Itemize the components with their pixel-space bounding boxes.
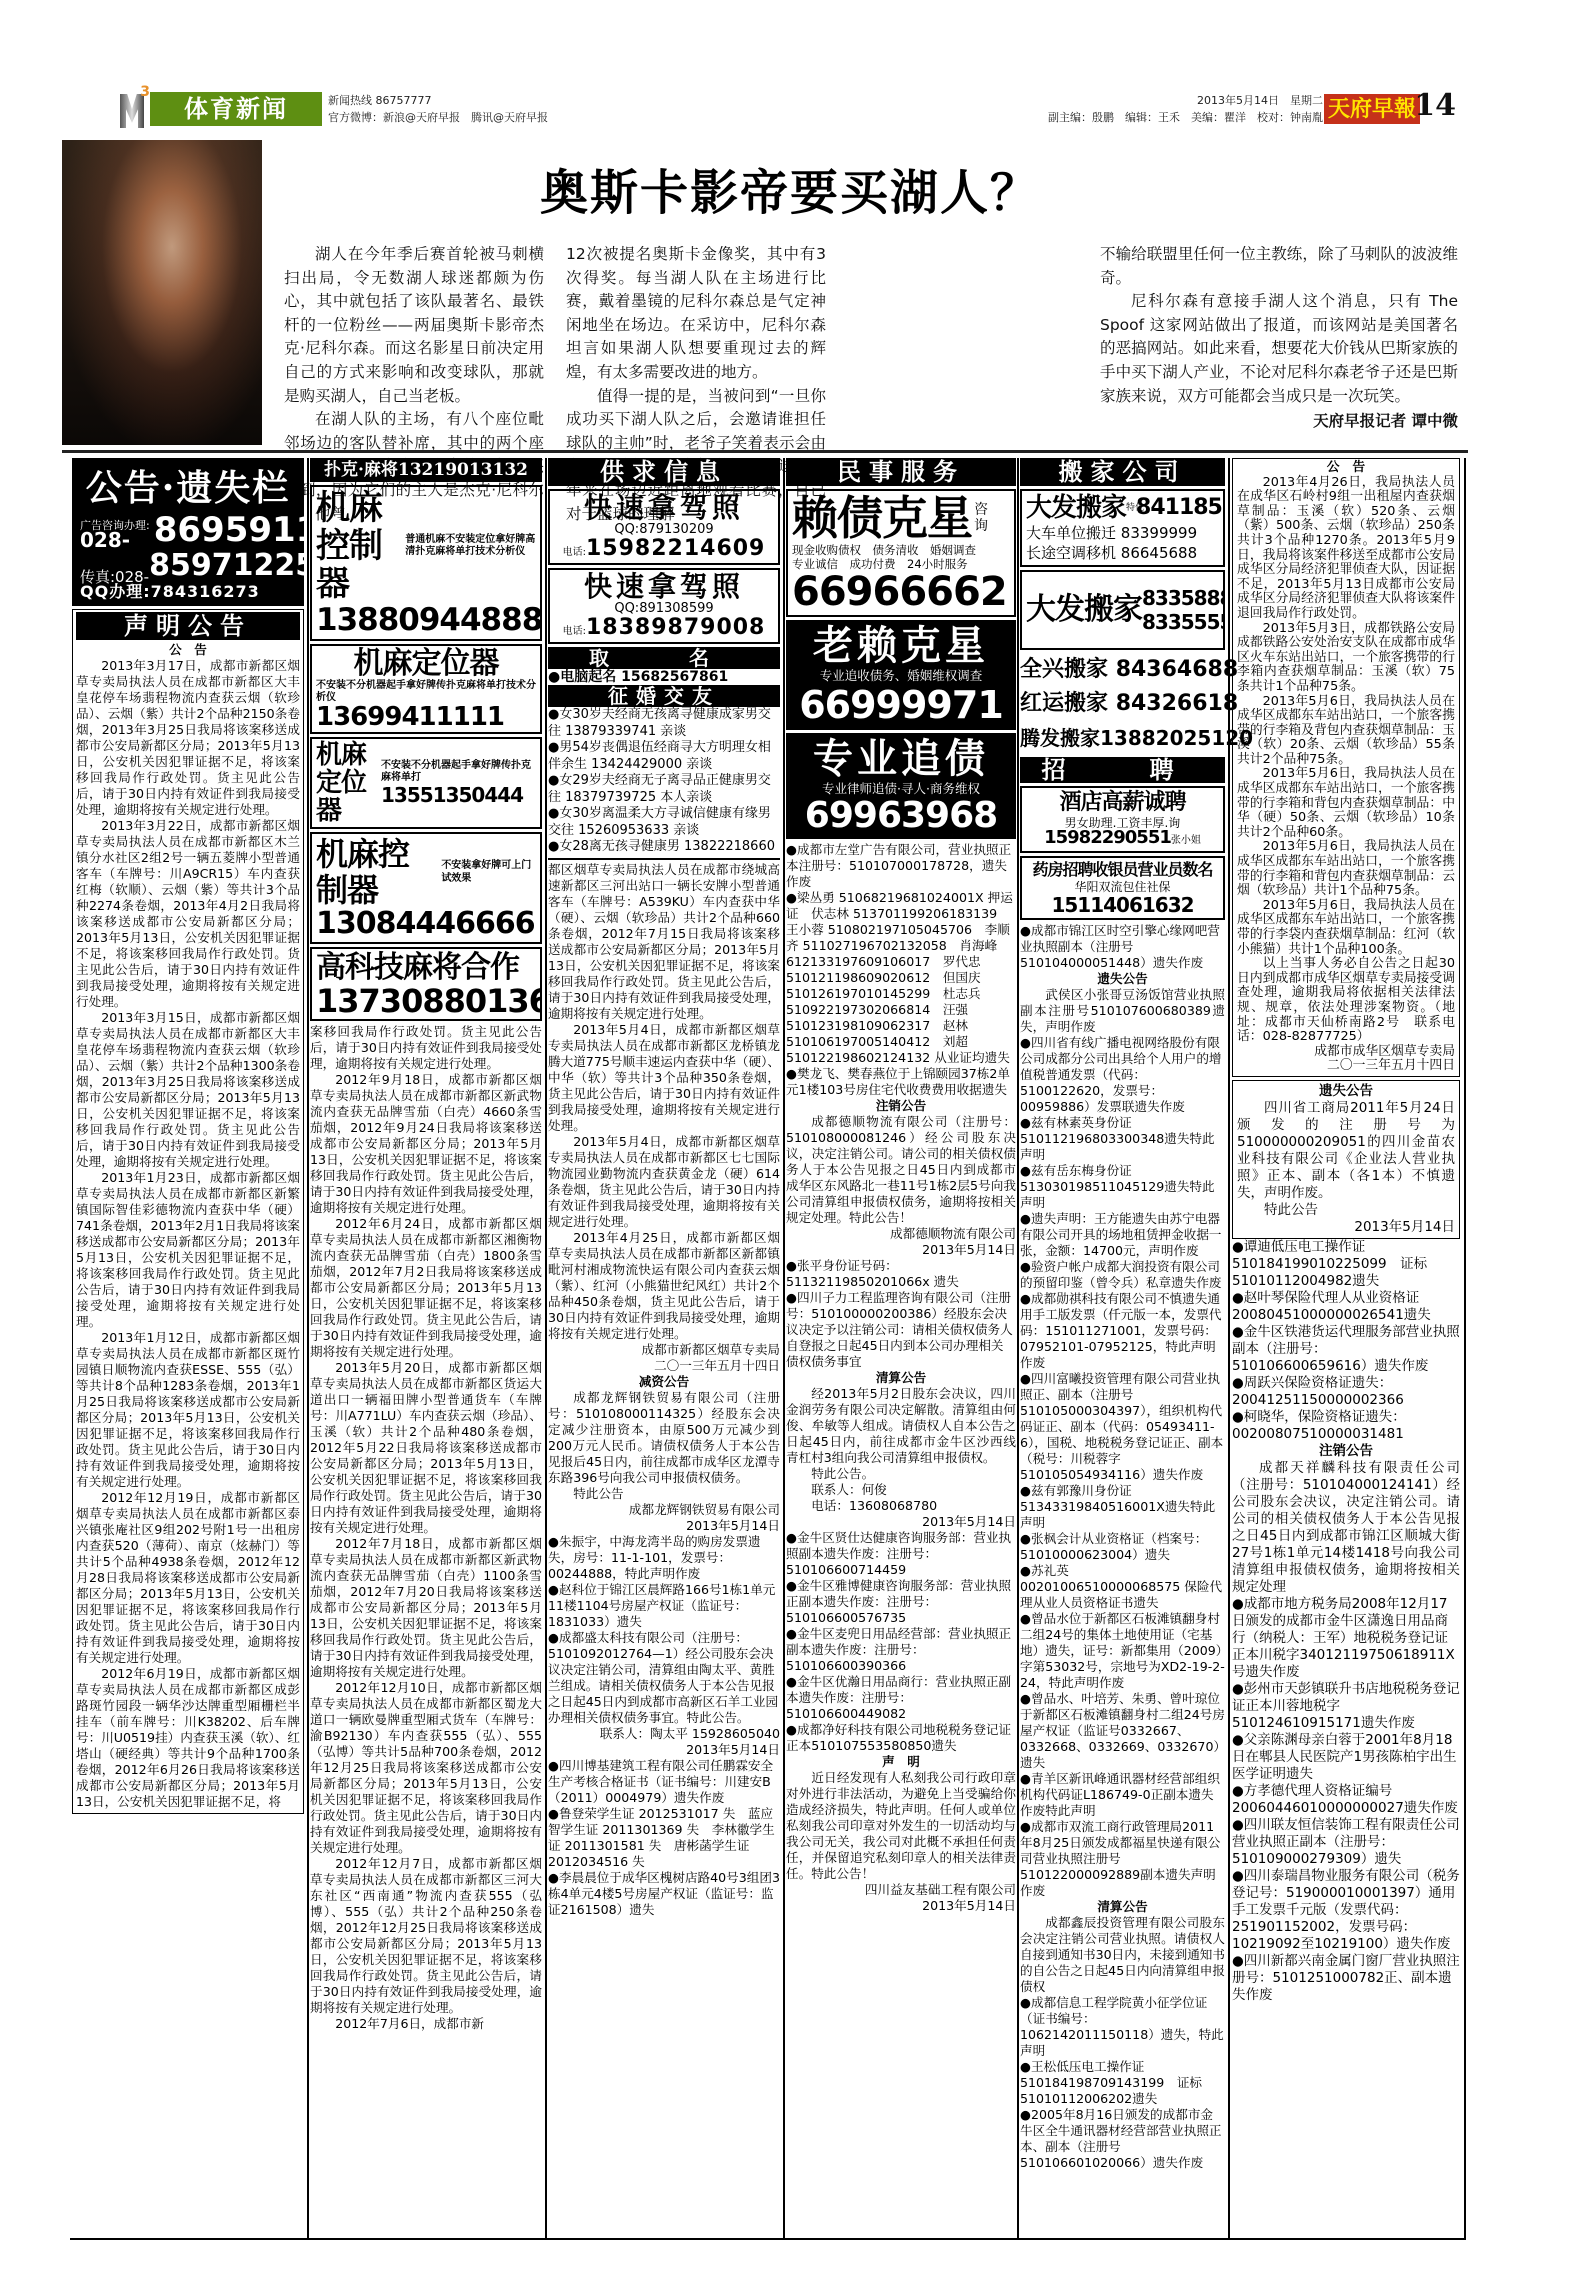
lost-item: 四川联友恒信装饰工程有限责任公司营业执照正副本（注册号：510109000279… xyxy=(1232,1817,1460,1868)
tobacco-notice-box: 公 告 2013年4月26日，我局执法人员在成华区石岭村9组一出租屋内查获烟草制… xyxy=(1232,458,1460,1077)
lost-item: 四川泰瑞昌物业服务有限公司（税务登记号：519000010001397）通用手工… xyxy=(1232,1868,1460,1953)
fax-number: 85971225 xyxy=(149,548,316,584)
dating-item: 男54岁丧偶退伍经商寻大方明理女相伴余生 13424429000 亲谈 xyxy=(548,740,780,773)
article-paragraph: 12次被提名奥斯卡金像奖，其中有3次得奖。每当湖人队在主场进行比赛，戴着墨镜的尼… xyxy=(566,243,826,385)
lost-item: 验资户帐户成都大润投资有限公司的预留印鉴（曾令兵）私章遗失作废 xyxy=(1020,1259,1225,1291)
notice-paragraph: 2013年3月17日，成都市新都区烟草专卖局执法人员在成都市新都区大丰皇花停车场… xyxy=(76,658,300,818)
notice-title: 遗失公告 xyxy=(1237,1083,1455,1100)
date-staff-info: 2013年5月14日 星期二 副主编：殷鹏 编辑：王禾 美编：瞿洋 校对：钟南胤 xyxy=(1048,92,1323,126)
classified-column-2: 扑克·麻将13219013132 机麻控制器 普通机麻不安装定位拿好牌高清扑克麻… xyxy=(310,458,542,2032)
notice-paragraph: 2012年7月18日，成都市新都区烟草专卖局执法人员在成都市新都区新武物流内查获… xyxy=(310,1536,542,1680)
lost-item: 成都盛太科技有限公司（注册号：5101092012764—1）经公司股东会决议决… xyxy=(548,1630,780,1726)
ad-phone: 13730880136 xyxy=(316,985,536,1017)
lost-item: 谭迪低压电工操作证510184199010225099 证标5101011200… xyxy=(1232,1239,1460,1290)
ad-phone: 69963968 xyxy=(792,797,1010,835)
section-tag: 体育新闻 xyxy=(150,92,322,126)
lost-item: 金牛区雅博健康咨询服务部：营业执照正副本遗失作废：注册号：51010660057… xyxy=(786,1578,1016,1626)
classified-column-5: 搬家公司 大发搬家 特优 84118588 大车单位搬迁 83399999 长途… xyxy=(1020,458,1225,2171)
lost-item: 王松低压电工操作证510184198709143199 证标5101011200… xyxy=(1020,2059,1225,2107)
lost-item: 兹有林素英身份证510112196803300348遗失特此声明 xyxy=(1020,1115,1225,1163)
lost-item: 曾品水位于新都区石板滩镇翻身村二组24号的集体土地使用证（宅基地）遗失，证号：新… xyxy=(1020,1611,1225,1691)
column-divider xyxy=(1228,458,1230,2238)
article-paragraph: 尼科尔森有意接手湖人这个消息，只有 The Spoof 这家网站做出了报道，而该… xyxy=(1100,290,1458,408)
ad-phone: 15982290551 xyxy=(1044,827,1171,848)
lost-item: 金牛区贤仕达健康咨询服务部：营业执照副本遗失作废：注册号：51010660071… xyxy=(786,1530,1016,1578)
dating-item: 女30岁离温柔大方寻诚信健康有缘男交往 15260953633 亲谈 xyxy=(548,806,780,839)
lost-item: 苏礼英 00201006510000068575 保险代理从业人员资格证书遗失 xyxy=(1020,1563,1225,1611)
notice-paragraph: 2013年3月22日，成都市新都区烟草专卖局执法人员在成都市新都区木兰镇分水社区… xyxy=(76,818,300,1010)
notice-paragraph: 2012年6月19日，成都市新都区烟草专卖局执法人员在成都市新都区成彭路斑竹园段… xyxy=(76,1666,300,1810)
ad-phone: 66999971 xyxy=(792,684,1010,726)
dating-item: 女29岁夫经商无子离寻品正健康男交往 18379739725 本人亲谈 xyxy=(548,773,780,806)
page-number: 14 xyxy=(1414,88,1456,123)
moving-ad: 大发搬家 83358888 83355555 空调设备长途 xyxy=(1020,570,1225,650)
column-divider xyxy=(307,458,309,2238)
debt-ad: 赖债克星 咨询 现金收购债权 债务清收 婚姻调查 专业诚信 成功付费 24小时服… xyxy=(786,489,1016,617)
lost-item: 成都净好科技有限公司地税税务登记证正本510107553580850遗失 xyxy=(786,1722,1016,1754)
notice-paragraph: 都区烟草专卖局执法人员在成都市绕城高速新都区三河出站口一辆长安牌小型普通客车（车… xyxy=(548,862,780,1022)
column-divider xyxy=(545,458,547,2238)
lost-item: 赵科位于锦江区晨辉路166号1栋1单元11楼1104号房屋产权证（监证号：183… xyxy=(548,1582,780,1630)
classified-column-1: 公告·遗失栏 广告咨询办理: 028- 86959118 传真:028- 859… xyxy=(72,458,304,1814)
notice-paragraph: 2012年7月6日，成都市新 xyxy=(310,2016,542,2032)
notice-title: 清算公告 xyxy=(1020,1899,1225,1915)
dating-item: 女30岁夫经商无孩离寻健康成家男交往 13879339741 亲谈 xyxy=(548,707,780,740)
license-ad: 快速拿驾照 QQ:891308599 电话:18389879008 xyxy=(548,568,780,644)
jobs-bar: 招 聘 xyxy=(1020,757,1225,783)
article-photo xyxy=(62,140,262,445)
lost-item: 朱振宇，中海龙湾半岛的购房发票遗失，房号：11-1-101，发票号：002448… xyxy=(548,1534,780,1582)
frame-bottom xyxy=(70,2238,1466,2240)
ad-phone: 15982214609 xyxy=(586,536,765,561)
lost-item: 父亲陈渊母亲白蓉于2001年8月18日在郫县人民医院产1男孩陈柏宇出生医学证明遗… xyxy=(1232,1732,1460,1783)
notice-paragraph: 2012年6月24日，成都市新都区烟草专卖局执法人员在成都市新都区湘衡物流内查获… xyxy=(310,1216,542,1360)
moving-ad: 全兴搬家 84364688 xyxy=(1020,653,1225,687)
ad-phone: 66966662 xyxy=(792,571,1010,613)
qq-number: QQ办理:784316273 xyxy=(80,584,296,600)
news-hotline: 新闻热线 86757777 xyxy=(328,92,548,109)
lost-item: 周跃兴保险资格证遗失：20041251150000002366 xyxy=(1232,1375,1460,1409)
ad-phone: 15114061632 xyxy=(1026,894,1219,916)
lost-item: 兹有岳东梅身份证513030198511045129遗失特此声明 xyxy=(1020,1163,1225,1211)
lost-item: 樊龙飞、樊春燕位于上锦颐园37栋2单元1楼103号房住宅代收费费用收据遗失 xyxy=(786,1066,1016,1098)
notice-title: 注销公告 xyxy=(786,1098,1016,1114)
article-column-3: 不输给联盟里任何一位主教练，除了马刺队的波波维奇。 尼科尔森有意接手湖人这个消息… xyxy=(1100,243,1458,434)
license-ad: 快速拿驾照 QQ:879130209 电话:15982214609 xyxy=(548,489,780,565)
notice-paragraph: 2013年4月25日，成都市新都区烟草专卖局执法人员在成都市新都区新都镇毗河村湘… xyxy=(548,1230,780,1342)
promo-title: 公告·遗失栏 xyxy=(80,464,296,512)
debt-ad: 专业追债 专业律师追债·寻人·商务维权 69963968 xyxy=(786,733,1016,839)
moving-ad: 大发搬家 特优 84118588 大车单位搬迁 83399999 长途空调移机 … xyxy=(1020,489,1225,567)
naming-bar: 取 名 xyxy=(548,647,780,669)
lost-item: 张枫会计从业资格证（档案号：51010000623004）遗失 xyxy=(1020,1531,1225,1563)
ad-box: 机麻控制器 普通机麻不安装定位拿好牌高清扑克麻将单打技术分析仪 13880944… xyxy=(310,485,542,641)
lost-item: 赵叶琴保险代理人从业资格证20080451000000026541遗失 xyxy=(1232,1290,1460,1324)
lost-item: 遗失声明：王方能遗失由苏宁电器有限公司开具的场地租赁押金收据一张，金额：1470… xyxy=(1020,1211,1225,1259)
notice-title: 公 告 xyxy=(1237,461,1455,476)
ad-contact-box: 公告·遗失栏 广告咨询办理: 028- 86959118 传真:028- 859… xyxy=(72,458,304,606)
frame-right xyxy=(1464,458,1466,2238)
lost-item: 金牛区铁港货运代理服务部营业执照副本（注册号：510106600659616）遗… xyxy=(1232,1324,1460,1375)
classified-column-6: 公 告 2013年4月26日，我局执法人员在成华区石岭村9组一出租屋内查获烟草制… xyxy=(1232,458,1460,2004)
lost-item: 成都市左堂广告有限公司，营业执照正本注册号：510107000178728，遗失… xyxy=(786,842,1016,890)
moving-ad: 红运搬家 84326618 xyxy=(1020,687,1225,721)
newspaper-brand: 天府早報 xyxy=(1324,94,1420,124)
issue-date: 2013年5月14日 星期二 xyxy=(1048,92,1323,109)
civil-services-bar: 民事服务 xyxy=(786,458,1016,486)
notice-paragraph: 2012年12月10日，成都市新都区烟草专卖局执法人员在成都市新都区蜀龙大道口一… xyxy=(310,1680,542,1856)
lost-item: 彭州市天彭镇联升书店地税税务登记证正本川蓉地税字510124610915171遗… xyxy=(1232,1681,1460,1732)
section-divider xyxy=(62,450,1468,453)
classified-column-4: 民事服务 赖债克星 咨询 现金收购债权 债务清收 婚姻调查 专业诚信 成功付费 … xyxy=(786,458,1016,1914)
lost-item: 兹有郭豫川身份证51343319840516001X遗失特此声明 xyxy=(1020,1483,1225,1531)
lost-item: 曾品水、叶培芳、朱勇、曾叶琼位于新都区石板滩镇翻身村二组24号房屋产权证（监证号… xyxy=(1020,1691,1225,1771)
ad-box: 机麻定位器 不安装不分机器起手拿好牌传扑克麻将单打技术分析仪 136994111… xyxy=(310,644,542,734)
lost-item: 方孝德代理人资格证编号20060446010000000027遗失作废 xyxy=(1232,1783,1460,1817)
notice-paragraph: 2013年1月12日，成都市新都区烟草专卖局执法人员在成都市新都区斑竹园镇日顺物… xyxy=(76,1330,300,1490)
lost-item: 四川省有线广播电视网络股份有限公司成都分公司出具给个人用户的增值税普通发票（代码… xyxy=(1020,1035,1225,1115)
dating-bar: 征婚交友 xyxy=(548,685,780,707)
job-ad: 酒店高薪诚聘 男女助理.工资丰厚.询 15982290551张小姐 xyxy=(1020,786,1225,853)
poker-ad-header: 扑克·麻将13219013132 xyxy=(310,458,542,482)
ad-box: 高科技麻将合作 13730880136 xyxy=(310,947,542,1021)
ad-phone: 13880944888 xyxy=(316,603,536,637)
article-paragraph: 不输给联盟里任何一位主教练，除了马刺队的波波维奇。 xyxy=(1100,243,1458,290)
headline: 奥斯卡影帝要买湖人？ xyxy=(540,154,1040,223)
notice-title: 声 明 xyxy=(786,1754,1016,1770)
lost-item: 四川子力工程监理咨询有限公司（注册号：510100000200386）经股东会决… xyxy=(786,1290,1016,1370)
lost-item: 成都市锦江区时空引擎心缘网吧营业执照副本（注册号510104000051448）… xyxy=(1020,923,1225,971)
staff-credits: 副主编：殷鹏 编辑：王禾 美编：瞿洋 校对：钟南胤 xyxy=(1048,109,1323,126)
debt-ad: 老赖克星 专业追收债务、婚姻维权调查 66999971 xyxy=(786,620,1016,730)
column-divider xyxy=(783,458,785,2238)
notice-paragraph: 2013年5月20日，成都市新都区烟草专卖局执法人员在成都市新都区货运大道出口一… xyxy=(310,1360,542,1536)
lost-item: 鲁登荣学生证 2012531017 失 蓝应智学生证 2011301369 失 … xyxy=(548,1806,780,1870)
notice-paragraph: 2012年12月7日，成都市新都区烟草专卖局执法人员在成都市新都区三河大东社区“… xyxy=(310,1856,542,2016)
hotline-info: 新闻热线 86757777 官方微博：新浪@天府早报 腾讯@天府早报 xyxy=(328,92,548,126)
dating-item: 女28离无孩寻健康男 13822218660 xyxy=(548,839,780,856)
notice-paragraph: 2013年3月15日，成都市新都区烟草专卖局执法人员在成都市新都区大丰皇花停车场… xyxy=(76,1010,300,1170)
lost-item: 2005年8月16日颁发的成都市金牛区全牛通讯器材经营部营业执照正本、副本（注册… xyxy=(1020,2107,1225,2171)
ad-phone: 13551350444 xyxy=(381,784,536,806)
ad-box: 机麻定位器 不安装不分机器起手拿好牌传扑克麻将单打 13551350444 xyxy=(310,737,542,829)
lost-item: 李晨晨位于成华区槐树店路40号3组团3栋4单元4楼5号房屋产权证（监证号：监证2… xyxy=(548,1870,780,1918)
lost-item: 四川富曦投资管理有限公司营业执照正、副本（注册号510105000304397）… xyxy=(1020,1371,1225,1483)
ad-phone: 84118588 xyxy=(1136,500,1225,516)
lost-item: 成都市双流工商行政管理局2011年8月25日颁发成都福星快递有限公司营业执照注册… xyxy=(1020,1819,1225,1899)
lost-item: 成都勋祺科技有限公司不慎遗失通用手工版发票（仟元版一本，发票代码：1510112… xyxy=(1020,1291,1225,1371)
m3-logo-icon: 3 xyxy=(120,84,146,128)
ad-phone: 18389879008 xyxy=(586,615,765,640)
ad-phone: 13699411111 xyxy=(316,704,536,730)
lost-item: 成都信息工程学院黄小征学位证（证书编号：1062142011150118）遗失，… xyxy=(1020,1995,1225,2059)
statement-bar: 声明公告 xyxy=(76,612,300,640)
notice-paragraph: 2012年12月19日，成都市新都区烟草专卖局执法人员在成都市新都区泰兴镇张庵社… xyxy=(76,1490,300,1666)
classified-column-3: 供求信息 快速拿驾照 QQ:879130209 电话:15982214609 快… xyxy=(548,458,780,1918)
lost-item: 梁丛勇 51068219681024001X 押运证 伏志林 513701199… xyxy=(786,890,1016,1066)
article-paragraph: 湖人在今年季后赛首轮被马刺横扫出局，令无数湖人球迷都颇为伤心，其中就包括了该队最… xyxy=(284,243,544,408)
notice-title: 遗失公告 xyxy=(1020,971,1225,987)
notice-title: 注销公告 xyxy=(1232,1443,1460,1460)
notice-paragraph: 2013年5月4日，成都市新都区烟草专卖局执法人员在成都市新都区七七国际物流园业… xyxy=(548,1134,780,1230)
column-divider xyxy=(1017,458,1019,2238)
byline: 天府早报记者 谭中微 xyxy=(1100,410,1458,434)
notice-title: 清算公告 xyxy=(786,1370,1016,1386)
lost-item: 金牛区优瀚日用品商行：营业执照正副本遗失作废：注册号：5101066004490… xyxy=(786,1674,1016,1722)
moving-bar: 搬家公司 xyxy=(1020,458,1225,486)
notice-paragraph: 2013年1月23日，成都市新都区烟草专卖局执法人员在成都市新都区新繁镇国际智佳… xyxy=(76,1170,300,1330)
ad-box: 机麻控制器 不安装拿好牌可上门试效果 13084446666 xyxy=(310,832,542,944)
supply-demand-bar: 供求信息 xyxy=(548,458,780,486)
notice-paragraph: 2013年5月4日，成都市新都区烟草专卖局执法人员在成都市新都区龙桥镇龙腾大道7… xyxy=(548,1022,780,1134)
lost-item: 金牛区麦兜日用品经营部：营业执照正副本遗失作废：注册号：510106600390… xyxy=(786,1626,1016,1674)
notice-paragraph: 案移回我局作行政处罚。货主见此公告后，请于30日内持有效证件到我局接受处理，逾期… xyxy=(310,1024,542,1072)
moving-ad: 腾发搬家13882025120 xyxy=(1020,721,1225,755)
ad-phone: 13084446666 xyxy=(316,908,536,940)
notice-paragraph: 2012年9月18日，成都市新都区烟草专卖局执法人员在成都市新都区新武物流内查获… xyxy=(310,1072,542,1216)
lost-item: 成都市地方税务局2008年12月17日颁发的成都市金牛区潇逸日用品商行（纳税人：… xyxy=(1232,1596,1460,1681)
job-ad: 药房招聘收银员营业员数名 华阳双流包住社保 15114061632 xyxy=(1020,856,1225,920)
lost-item: 四川新都兴南金属门窗厂营业执照注册号：510125100078​2正、副本遗失作… xyxy=(1232,1953,1460,2004)
lost-item: 张平身份证号码：511321198502010​66x 遗失 xyxy=(786,1258,1016,1290)
notice-title: 减资公告 xyxy=(548,1374,780,1390)
lost-item: 四川博基建筑工程有限公司任鹏霖安全生产考核合格证书（证书编号：川建安B（2011… xyxy=(548,1758,780,1806)
lost-item: 柯晓华，保险资格证遗失：00200807510000031481 xyxy=(1232,1409,1460,1443)
lost-item: 青羊区新讯峰通讯器材经营部组织机构代码证L186749-0正副本遗失作废特此声明 xyxy=(1020,1771,1225,1819)
weibo-info: 官方微博：新浪@天府早报 腾讯@天府早报 xyxy=(328,109,548,126)
page-header: 3 体育新闻 新闻热线 86757777 官方微博：新浪@天府早报 腾讯@天府早… xyxy=(118,82,1458,132)
lost-notice-box: 遗失公告 四川省工商局2011年5月24日颁发的注册号为510000000209… xyxy=(1232,1080,1460,1239)
